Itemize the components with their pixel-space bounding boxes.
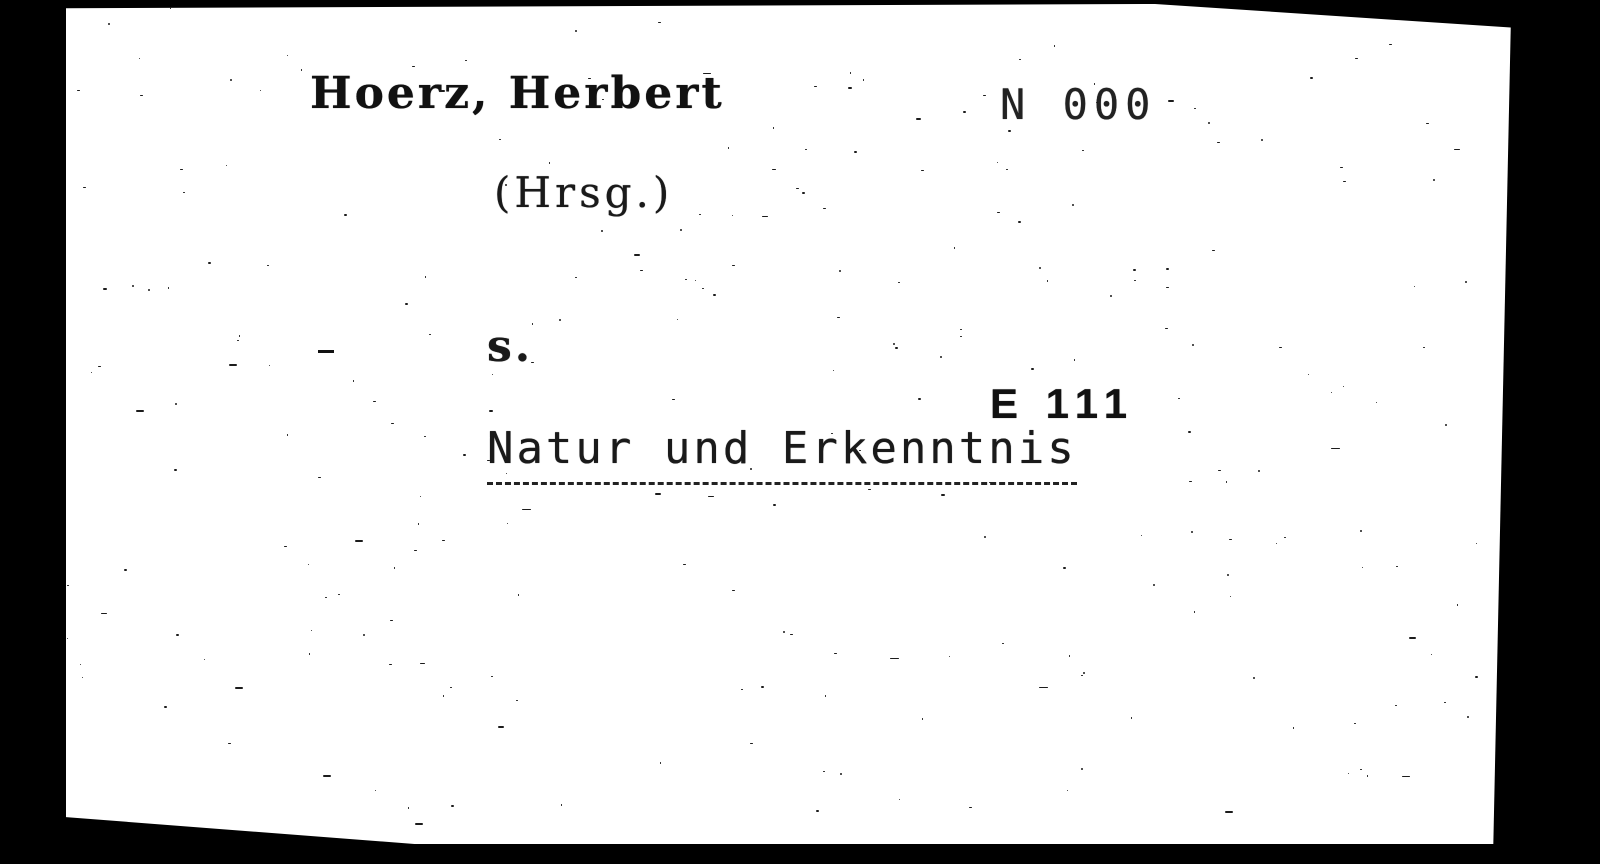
speck: [750, 743, 753, 744]
see-prefix: s.: [487, 321, 533, 372]
speck: [575, 277, 577, 278]
speck: [353, 380, 354, 382]
speck: [1058, 461, 1060, 462]
speck: [1067, 790, 1068, 791]
speck: [1074, 359, 1075, 361]
speck: [1039, 267, 1041, 269]
speck: [940, 356, 942, 358]
speck: [699, 214, 701, 215]
speck: [1039, 687, 1048, 688]
see-reference-target: Natur und Erkenntnis: [487, 423, 1077, 485]
speck: [863, 79, 864, 81]
speck: [82, 677, 83, 678]
speck: [1018, 221, 1021, 223]
speck: [575, 30, 577, 32]
speck: [655, 493, 661, 495]
speck: [1376, 402, 1377, 403]
speck: [898, 282, 900, 283]
speck: [1457, 604, 1458, 606]
speck: [1083, 672, 1085, 674]
speck: [816, 810, 819, 812]
speck: [287, 434, 288, 436]
speck: [969, 807, 972, 808]
speck: [916, 118, 921, 120]
speck: [1348, 773, 1349, 774]
speck: [424, 436, 426, 437]
speck: [741, 689, 743, 690]
speck: [1165, 328, 1168, 329]
speck: [208, 262, 211, 264]
speck: [1331, 448, 1340, 449]
speck: [390, 620, 393, 621]
speck: [1258, 470, 1260, 472]
speck: [442, 540, 445, 541]
speck: [1431, 654, 1432, 655]
speck: [98, 366, 101, 367]
speck: [418, 523, 419, 525]
speck: [732, 590, 735, 591]
speck: [1218, 470, 1221, 471]
speck: [814, 86, 817, 87]
speck: [1194, 108, 1196, 109]
speck: [895, 347, 898, 349]
speck: [1308, 374, 1309, 375]
speck: [672, 399, 675, 400]
speck: [831, 433, 833, 434]
speck: [954, 247, 955, 249]
speck: [1360, 530, 1362, 532]
speck: [918, 398, 921, 400]
speck: [1454, 149, 1460, 150]
speck: [1354, 723, 1356, 724]
speck: [708, 496, 714, 497]
speck: [640, 270, 643, 271]
speck: [1188, 431, 1191, 433]
speck: [1225, 811, 1233, 813]
speck: [1261, 139, 1263, 141]
speck: [713, 294, 716, 296]
speck: [1293, 727, 1294, 729]
speck: [491, 676, 493, 677]
speck: [269, 365, 270, 366]
speck: [1253, 677, 1255, 679]
speck: [1178, 398, 1180, 399]
speck: [1081, 675, 1083, 676]
speck: [677, 319, 678, 320]
speck: [170, 7, 171, 9]
speck: [1019, 59, 1021, 60]
speck: [103, 288, 107, 290]
speck: [239, 335, 240, 337]
speck: [1094, 83, 1095, 85]
speck: [355, 540, 363, 542]
speck: [859, 450, 861, 451]
speck: [1133, 269, 1136, 271]
speck: [1194, 611, 1195, 613]
speck: [1054, 45, 1055, 47]
speck: [323, 775, 331, 777]
speck: [882, 441, 885, 442]
speck: [140, 95, 143, 96]
speck: [1081, 768, 1083, 770]
speck: [465, 60, 467, 61]
speck: [1476, 543, 1477, 544]
speck: [941, 494, 945, 496]
speck: [1355, 58, 1358, 59]
speck: [825, 695, 826, 697]
speck: [228, 743, 231, 744]
speck: [77, 90, 80, 91]
speck: [1082, 150, 1084, 151]
speck: [1310, 77, 1313, 79]
speck: [451, 805, 454, 807]
speck: [1002, 643, 1004, 644]
speck: [101, 613, 107, 614]
speck: [1279, 347, 1282, 348]
speck: [318, 477, 321, 478]
speck: [840, 773, 842, 775]
speck: [750, 468, 752, 470]
speck: [1208, 122, 1210, 124]
speck: [204, 659, 205, 660]
speck: [237, 340, 239, 341]
speck: [1343, 181, 1346, 182]
speck: [1047, 280, 1048, 282]
speck: [363, 634, 365, 636]
speck: [439, 90, 445, 92]
speck: [325, 597, 327, 598]
speck: [834, 653, 837, 654]
speck: [174, 469, 177, 471]
shelfmark-top: N 000: [1000, 80, 1156, 129]
speck: [415, 823, 423, 825]
speck: [1414, 286, 1415, 287]
speck: [868, 489, 871, 490]
speck: [559, 319, 561, 321]
speck: [823, 208, 826, 209]
speck: [702, 288, 704, 289]
speck: [1229, 539, 1232, 540]
speck: [1343, 386, 1344, 387]
speck: [922, 718, 923, 720]
speck: [267, 265, 269, 266]
speck: [1284, 537, 1286, 538]
speck: [1396, 566, 1398, 567]
speck: [229, 364, 237, 366]
speck: [91, 372, 92, 373]
speck: [405, 303, 408, 305]
speck: [375, 790, 376, 791]
speck: [408, 807, 409, 809]
speck: [854, 151, 857, 153]
speck: [175, 403, 177, 405]
speck: [139, 58, 140, 59]
speck: [1226, 481, 1227, 483]
shelfmark-bottom: E 111: [990, 380, 1135, 428]
speck: [1433, 179, 1435, 181]
speck: [732, 265, 735, 266]
speck: [260, 90, 261, 91]
speck: [522, 509, 531, 510]
speck: [805, 149, 807, 150]
speck: [1230, 596, 1231, 597]
speck: [394, 567, 395, 569]
speck: [1072, 204, 1074, 206]
speck: [338, 594, 340, 595]
speck: [412, 66, 415, 67]
speck: [420, 663, 425, 664]
speck: [443, 695, 444, 697]
speck: [997, 212, 1000, 213]
speck: [601, 230, 603, 232]
speck: [507, 523, 508, 524]
speck: [518, 594, 519, 596]
speck: [1069, 655, 1070, 657]
speck: [1362, 567, 1363, 568]
speck: [67, 638, 68, 639]
speck: [1166, 268, 1169, 270]
speck: [772, 169, 776, 170]
speck: [176, 634, 179, 636]
speck: [180, 169, 183, 170]
speck: [80, 664, 81, 665]
speck: [963, 111, 966, 113]
speck: [1467, 716, 1469, 718]
speck: [660, 762, 661, 764]
catalog-card: Hoerz, Herbert N 000 (Hrsg.) s. Natur un…: [66, 4, 1518, 844]
speck: [168, 287, 169, 289]
speck: [1217, 142, 1220, 143]
speck: [796, 188, 799, 189]
speck: [1380, 7, 1383, 9]
speck: [230, 79, 232, 81]
speck: [1389, 44, 1392, 45]
speck: [1426, 123, 1429, 124]
speck: [506, 473, 507, 474]
speck: [790, 634, 793, 635]
speck: [429, 334, 431, 335]
scanned-page: Hoerz, Herbert N 000 (Hrsg.) s. Natur un…: [0, 0, 1600, 864]
speck: [226, 165, 227, 166]
speck: [634, 254, 640, 256]
speck: [680, 229, 682, 231]
speck: [1141, 535, 1142, 536]
speck: [1402, 776, 1410, 777]
speck: [1131, 717, 1132, 719]
speck: [561, 804, 562, 806]
speck: [949, 656, 950, 657]
speck: [505, 184, 507, 186]
speck: [391, 423, 394, 424]
speck: [1134, 280, 1136, 281]
speck: [516, 700, 518, 701]
speck: [602, 99, 604, 100]
speck: [802, 192, 805, 194]
speck: [1192, 344, 1194, 346]
speck: [1409, 637, 1416, 639]
speck: [1360, 769, 1362, 770]
speck: [773, 127, 774, 129]
speck: [685, 279, 687, 280]
speck: [1168, 100, 1174, 102]
speck: [83, 187, 86, 188]
speck: [1166, 287, 1169, 288]
speck: [588, 78, 591, 79]
speck: [1212, 250, 1215, 251]
speck: [683, 564, 686, 565]
speck: [762, 216, 768, 217]
speck: [301, 69, 302, 71]
speck: [389, 664, 392, 665]
editor-role: (Hrsg.): [494, 168, 673, 217]
speck: [463, 454, 466, 456]
speck: [1191, 531, 1193, 533]
speck: [899, 799, 900, 800]
speck: [983, 95, 986, 96]
speck: [1445, 424, 1447, 426]
speck: [732, 215, 733, 216]
speck: [960, 329, 962, 330]
speck: [1340, 167, 1343, 168]
speck: [344, 214, 347, 216]
speck: [850, 72, 851, 74]
speck: [1031, 368, 1034, 370]
speck: [848, 87, 852, 89]
speck: [1008, 130, 1011, 132]
speck: [420, 496, 421, 497]
speck: [1331, 392, 1332, 393]
speck: [67, 585, 69, 586]
speck: [989, 482, 991, 483]
speck: [728, 147, 729, 149]
speck: [148, 289, 150, 291]
speck: [997, 162, 998, 163]
speck: [164, 706, 167, 708]
speck: [531, 362, 534, 363]
speck: [183, 192, 185, 193]
speck: [108, 23, 110, 25]
speck: [695, 280, 696, 281]
speck: [498, 726, 504, 728]
speck: [124, 569, 127, 571]
speck: [1153, 584, 1155, 586]
speck: [1423, 347, 1425, 348]
speck: [311, 630, 312, 631]
speck: [414, 550, 417, 551]
speck: [761, 686, 764, 688]
speck: [308, 564, 309, 565]
speck: [984, 536, 986, 538]
speck: [425, 276, 426, 278]
speck: [309, 653, 310, 655]
speck: [1367, 775, 1368, 777]
speck: [373, 401, 376, 402]
speck: [1465, 281, 1467, 283]
speck: [1189, 481, 1192, 482]
speck: [1444, 702, 1446, 703]
speck: [1063, 567, 1066, 569]
speck: [1276, 543, 1277, 544]
speck: [893, 343, 895, 345]
speck: [532, 323, 533, 325]
speck: [960, 336, 962, 337]
dash-mark: [318, 350, 334, 353]
speck: [1395, 705, 1397, 706]
speck: [450, 687, 452, 688]
speck: [890, 658, 899, 659]
speck: [1096, 102, 1098, 103]
speck: [773, 504, 776, 506]
speck: [487, 460, 490, 461]
speck: [136, 410, 144, 412]
speck: [132, 285, 134, 287]
speck: [921, 170, 924, 171]
speck: [1227, 574, 1229, 576]
speck: [492, 374, 493, 375]
speck: [287, 55, 288, 56]
speck: [837, 317, 840, 318]
speck: [658, 22, 661, 23]
speck: [1006, 169, 1008, 170]
author-name: Hoerz, Herbert: [310, 68, 725, 119]
speck: [839, 270, 841, 272]
speck: [549, 162, 550, 164]
speck: [1110, 295, 1112, 297]
speck: [833, 370, 834, 371]
speck: [703, 73, 711, 74]
see-reference: s. Natur und Erkenntnis: [310, 270, 1077, 525]
speck: [489, 410, 493, 412]
speck: [284, 546, 287, 547]
speck: [235, 687, 243, 689]
speck: [783, 631, 785, 633]
speck: [823, 771, 825, 772]
speck: [1475, 676, 1478, 678]
speck: [499, 139, 501, 140]
